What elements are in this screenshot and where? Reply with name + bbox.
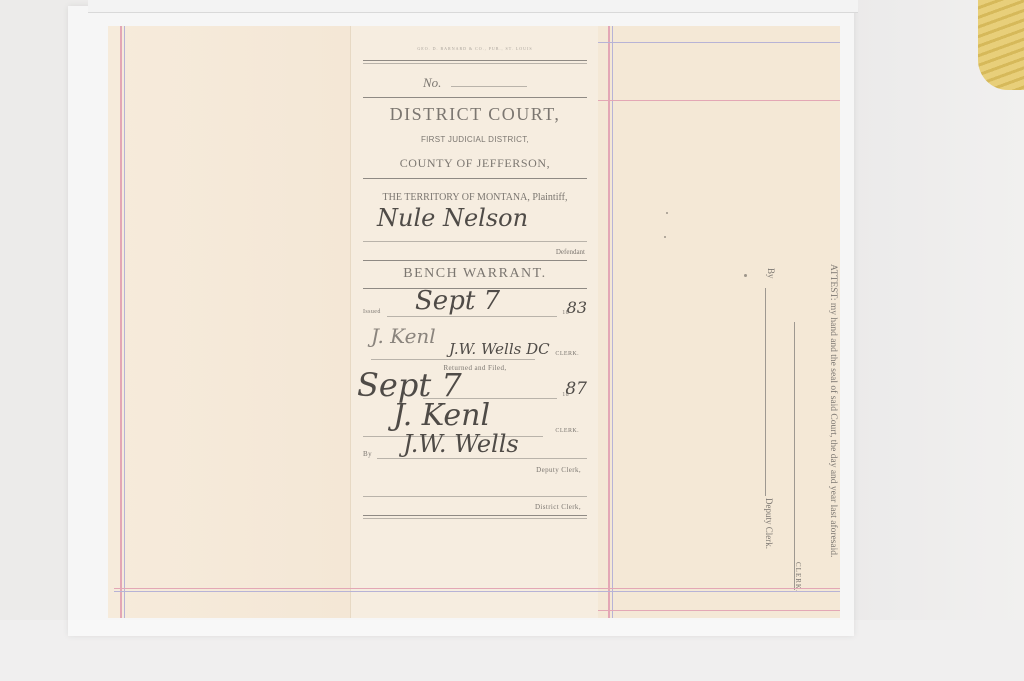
county-label: COUNTY OF JEFFERSON, xyxy=(363,156,587,171)
blue-header-line xyxy=(598,42,840,43)
returned-signature-handwritten: J. Kenl xyxy=(393,398,490,433)
defendant-blank-line xyxy=(363,241,587,242)
red-header-line xyxy=(598,100,840,101)
issued-date-handwritten: Sept 7 xyxy=(415,286,500,316)
sleeve-top-edge xyxy=(88,0,858,13)
rule xyxy=(363,60,587,61)
returned-year-handwritten: 87 xyxy=(565,379,587,399)
ink-spot xyxy=(744,274,747,277)
bench-warrant-document: GEO. D. BARNARD & CO., PUB., ST. LOUIS N… xyxy=(108,26,840,618)
issued-signature-handwritten: J. Kenl xyxy=(371,324,436,348)
background-surface xyxy=(850,0,1024,681)
by-label-rotated: By xyxy=(766,268,776,279)
defendant-name-handwritten: Nule Nelson xyxy=(377,204,528,232)
by-label: By xyxy=(363,450,372,458)
number-label: No. xyxy=(423,75,587,91)
front-fold-panel: GEO. D. BARNARD & CO., PUB., ST. LOUIS N… xyxy=(350,26,600,618)
blue-margin-line xyxy=(612,26,613,618)
left-fold-panel xyxy=(108,26,350,618)
defendant-label: Defendant xyxy=(556,248,585,256)
number-blank-line xyxy=(451,86,527,87)
rule xyxy=(363,518,587,519)
issued-year-handwritten: 83 xyxy=(567,298,587,317)
issued-label: Issued xyxy=(363,309,381,315)
red-footer-line xyxy=(598,610,840,611)
clerk-blank-line xyxy=(371,359,535,360)
district-clerk-blank-line xyxy=(363,496,587,497)
deputy-blank-line xyxy=(377,458,587,459)
yarn-corner-object xyxy=(978,0,1024,90)
bottom-red-line xyxy=(114,588,840,589)
deputy-clerk-label: Deputy Clerk, xyxy=(536,466,581,474)
ink-spot xyxy=(664,236,666,238)
red-margin-line xyxy=(120,26,122,618)
district-label: FIRST JUDICIAL DISTRICT, xyxy=(363,135,587,144)
district-clerk-label: District Clerk, xyxy=(535,503,581,511)
issued-blank-line xyxy=(387,316,557,317)
clerk-label: CLERK. xyxy=(555,428,579,434)
deputy-signature-line xyxy=(765,288,766,496)
rule xyxy=(363,63,587,64)
rule xyxy=(363,260,587,261)
printer-imprint: GEO. D. BARNARD & CO., PUB., ST. LOUIS xyxy=(363,46,587,51)
court-title: DISTRICT COURT, xyxy=(363,104,587,125)
rule xyxy=(363,178,587,179)
right-fold-panel: ATTEST: my hand and the seal of said Cou… xyxy=(598,26,840,618)
red-margin-line xyxy=(608,26,610,618)
by-signature-handwritten: J.W. Wells xyxy=(403,430,519,458)
clerk-signature-line xyxy=(794,322,795,590)
bottom-blue-line xyxy=(114,591,840,592)
ink-spot xyxy=(666,212,668,214)
blue-margin-line xyxy=(124,26,125,618)
attest-text: ATTEST: my hand and the seal of said Cou… xyxy=(828,264,838,557)
plaintiff-line: THE TERRITORY OF MONTANA, Plaintiff, xyxy=(363,192,587,203)
rule xyxy=(363,97,587,98)
clerk-label: CLERK. xyxy=(555,351,579,357)
deputy-clerk-label-rotated: Deputy Clerk. xyxy=(764,498,774,549)
issued-deputy-handwritten: J.W. Wells DC xyxy=(449,340,550,358)
form-title: BENCH WARRANT. xyxy=(363,266,587,282)
rule xyxy=(363,515,587,516)
